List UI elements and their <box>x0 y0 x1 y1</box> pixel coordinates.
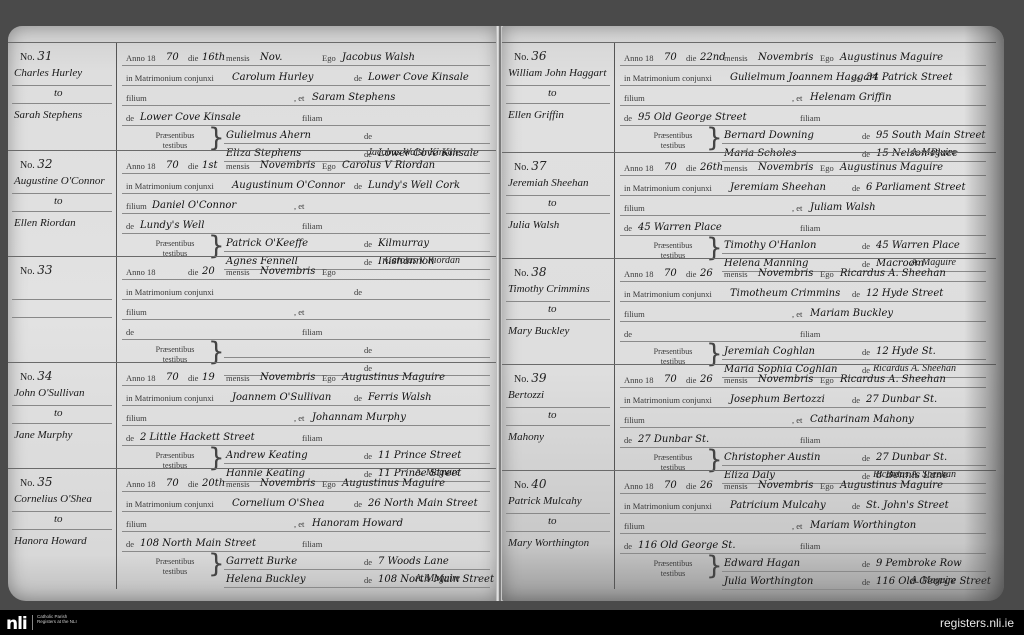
groom-row: in Matrimonium conjunxi Timotheum Crimmi… <box>620 283 986 302</box>
witnesses-label: Præsentibustestibus <box>638 131 708 151</box>
parent-row: filium Daniel O'Connor , et <box>122 195 490 214</box>
date-row: Anno 18 70 die 20th mensis Novembris Ego… <box>122 473 490 492</box>
bride-row: de 2 Little Hackett Street filiam <box>122 427 490 446</box>
margin-bride-name: Julia Walsh <box>508 219 559 231</box>
margin-rule <box>506 103 610 104</box>
record-body: Anno 18 70 die 16th mensis Nov. Ego Jaco… <box>120 43 490 151</box>
marriage-record: No. 33 Anno 18 die 20 mensis Novembris E… <box>8 256 498 363</box>
record-body: Anno 18 70 die 26 mensis Novembris Ego R… <box>618 365 986 471</box>
record-body: Anno 18 die 20 mensis Novembris Ego in M… <box>120 257 490 363</box>
groom-row: in Matrimonium conjunxi Josephum Bertozz… <box>620 389 986 408</box>
parent-row: filium , et Juliam Walsh <box>620 197 986 216</box>
record-body: Anno 18 70 die 1st mensis Novembris Ego … <box>120 151 490 257</box>
record-margin: No. 39 Bertozzi to Mahony <box>502 365 615 471</box>
date-row: Anno 18 70 die 26 mensis Novembris Ego R… <box>620 263 986 282</box>
groom-row: in Matrimonium conjunxi Patricium Mulcah… <box>620 495 986 514</box>
bride-row: de 95 Old George Street filiam <box>620 107 986 126</box>
marriage-record: No. 36 William John Haggart to Ellen Gri… <box>502 42 996 153</box>
groom-row: in Matrimonium conjunxi Cornelium O'Shea… <box>122 493 490 512</box>
marriage-record: No. 32 Augustine O'Connor to Ellen Riord… <box>8 150 498 257</box>
logo-caption: Catholic Parish Registers at the NLI <box>37 614 77 624</box>
margin-to: to <box>548 303 557 315</box>
margin-rule <box>506 407 610 408</box>
brace-icon: } <box>208 123 225 153</box>
margin-rule <box>12 423 112 424</box>
margin-rule <box>506 85 610 86</box>
register-book: No. 31 Charles Hurley to Sarah Stephens … <box>8 26 1008 606</box>
witnesses-label: Præsentibustestibus <box>140 131 210 151</box>
margin-groom-name: Timothy Crimmins <box>508 283 590 295</box>
record-number: No. 32 <box>20 157 53 171</box>
date-row: Anno 18 70 die 1st mensis Novembris Ego … <box>122 155 490 174</box>
margin-bride-name: Mary Worthington <box>508 537 589 549</box>
marriage-record: No. 34 John O'Sullivan to Jane Murphy An… <box>8 362 498 469</box>
groom-row: in Matrimonium conjunxi Joannem O'Sulliv… <box>122 387 490 406</box>
witness-row: de <box>224 339 490 358</box>
record-margin: No. 40 Patrick Mulcahy to Mary Worthingt… <box>502 471 615 589</box>
bride-row: de Lundy's Well filiam <box>122 215 490 234</box>
witness-row: Christopher Austin de 27 Dunbar St. <box>722 447 986 466</box>
record-number: No. 33 <box>20 263 53 277</box>
record-body: Anno 18 70 die 19 mensis Novembris Ego A… <box>120 363 490 469</box>
witness-row: Bernard Downing de 95 South Main Street <box>722 125 986 144</box>
marriage-record: No. 35 Cornelius O'Shea to Hanora Howard… <box>8 468 498 589</box>
brace-icon: } <box>706 551 723 581</box>
margin-to: to <box>54 407 63 419</box>
margin-rule <box>506 531 610 532</box>
record-number: No. 34 <box>20 369 53 383</box>
record-number: No. 40 <box>514 477 547 491</box>
record-margin: No. 38 Timothy Crimmins to Mary Buckley <box>502 259 615 365</box>
marriage-record: No. 31 Charles Hurley to Sarah Stephens … <box>8 42 498 151</box>
date-row: Anno 18 70 die 26th mensis Novembris Ego… <box>620 157 986 176</box>
parent-row: filium , et Catharinam Mahony <box>620 409 986 428</box>
brace-icon: } <box>208 549 225 579</box>
margin-to: to <box>548 515 557 527</box>
margin-rule <box>506 319 610 320</box>
parent-row: filium , et Saram Stephens <box>122 87 490 106</box>
record-margin: No. 37 Jeremiah Sheehan to Julia Walsh <box>502 153 615 259</box>
brace-icon: } <box>706 123 723 153</box>
logo-divider <box>32 615 33 630</box>
witness-row: Gulielmus Ahern de <box>224 125 490 144</box>
date-row: Anno 18 70 die 19 mensis Novembris Ego A… <box>122 367 490 386</box>
margin-rule <box>12 529 112 530</box>
date-row: Anno 18 die 20 mensis Novembris Ego <box>122 261 490 280</box>
bride-row: de filiam <box>122 321 490 340</box>
margin-rule <box>506 301 610 302</box>
margin-groom-name: Augustine O'Connor <box>14 175 105 187</box>
priest-signature: A. Maguire <box>911 575 956 586</box>
record-number: No. 37 <box>514 159 547 173</box>
record-number: No. 35 <box>20 475 53 489</box>
record-margin: No. 34 John O'Sullivan to Jane Murphy <box>8 363 117 469</box>
margin-rule <box>12 511 112 512</box>
record-margin: No. 35 Cornelius O'Shea to Hanora Howard <box>8 469 117 589</box>
margin-to: to <box>548 409 557 421</box>
bride-row: de 108 North Main Street filiam <box>122 533 490 552</box>
record-margin: No. 32 Augustine O'Connor to Ellen Riord… <box>8 151 117 257</box>
witnesses-label: Præsentibustestibus <box>638 559 708 579</box>
margin-to: to <box>548 197 557 209</box>
margin-bride-name: Sarah Stephens <box>14 109 82 121</box>
bride-row: de Lower Cove Kinsale filiam <box>122 107 490 126</box>
margin-bride-name: Mary Buckley <box>508 325 569 337</box>
nli-logo[interactable]: nli <box>6 614 27 634</box>
parent-row: filium , et <box>122 301 490 320</box>
marriage-record: No. 40 Patrick Mulcahy to Mary Worthingt… <box>502 470 996 589</box>
footer-bar: nli Catholic Parish Registers at the NLI… <box>0 610 1024 635</box>
margin-to: to <box>54 513 63 525</box>
record-number: No. 36 <box>514 49 547 63</box>
margin-groom-name: Patrick Mulcahy <box>508 495 582 507</box>
record-margin: No. 33 <box>8 257 117 363</box>
margin-rule <box>506 213 610 214</box>
margin-to: to <box>548 87 557 99</box>
marriage-record: No. 38 Timothy Crimmins to Mary Buckley … <box>502 258 996 365</box>
witness-row: Patrick O'Keeffe de Kilmurray <box>224 233 490 252</box>
site-link[interactable]: registers.nli.ie <box>940 616 1014 630</box>
margin-groom-name: William John Haggart <box>508 67 606 79</box>
margin-rule <box>506 513 610 514</box>
witness-row: Jeremiah Coghlan de 12 Hyde St. <box>722 341 986 360</box>
parent-row: filium , et Mariam Buckley <box>620 303 986 322</box>
record-body: Anno 18 70 die 20th mensis Novembris Ego… <box>120 469 490 589</box>
bride-row: de 27 Dunbar St. filiam <box>620 429 986 448</box>
margin-groom-name: Charles Hurley <box>14 67 82 79</box>
margin-bride-name: Hanora Howard <box>14 535 87 547</box>
record-margin: No. 31 Charles Hurley to Sarah Stephens <box>8 43 117 151</box>
parent-row: filium , et Mariam Worthington <box>620 515 986 534</box>
margin-bride-name: Jane Murphy <box>14 429 72 441</box>
margin-bride-name: Ellen Riordan <box>14 217 76 229</box>
margin-rule <box>12 405 112 406</box>
record-number: No. 31 <box>20 49 53 63</box>
margin-rule <box>12 211 112 212</box>
margin-groom-name: Cornelius O'Shea <box>14 493 92 505</box>
parent-row: filium , et Johannam Murphy <box>122 407 490 426</box>
margin-rule <box>12 299 112 300</box>
witness-row: Edward Hagan de 9 Pembroke Row <box>722 553 986 572</box>
groom-row: in Matrimonium conjunxi Augustinum O'Con… <box>122 175 490 194</box>
bride-row: de 116 Old George St. filiam <box>620 535 986 554</box>
left-page: No. 31 Charles Hurley to Sarah Stephens … <box>8 26 498 601</box>
margin-groom-name: Jeremiah Sheehan <box>508 177 589 189</box>
groom-row: in Matrimonium conjunxi Gulielmum Joanne… <box>620 67 986 86</box>
marriage-record: No. 39 Bertozzi to Mahony Anno 18 70 die… <box>502 364 996 471</box>
margin-rule <box>12 85 112 86</box>
margin-bride-name: Mahony <box>508 431 544 443</box>
parent-row: filium , et Helenam Griffin <box>620 87 986 106</box>
margin-rule <box>12 317 112 318</box>
right-page: No. 36 William John Haggart to Ellen Gri… <box>502 26 1004 601</box>
date-row: Anno 18 70 die 26 mensis Novembris Ego R… <box>620 369 986 388</box>
margin-bride-name: Ellen Griffin <box>508 109 564 121</box>
priest-signature: A. Maguire <box>415 573 460 584</box>
margin-rule <box>506 195 610 196</box>
groom-row: in Matrimonium conjunxi Carolum Hurley d… <box>122 67 490 86</box>
bride-row: de 45 Warren Place filiam <box>620 217 986 236</box>
record-number: No. 38 <box>514 265 547 279</box>
parent-row: filium , et Hanoram Howard <box>122 513 490 532</box>
bride-row: de filiam <box>620 323 986 342</box>
groom-row: in Matrimonium conjunxi de <box>122 281 490 300</box>
margin-rule <box>12 103 112 104</box>
marriage-record: No. 37 Jeremiah Sheehan to Julia Walsh A… <box>502 152 996 259</box>
record-body: Anno 18 70 die 22nd mensis Novembris Ego… <box>618 43 986 153</box>
margin-to: to <box>54 195 63 207</box>
witness-row: Timothy O'Hanlon de 45 Warren Place <box>722 235 986 254</box>
margin-groom-name: Bertozzi <box>508 389 544 401</box>
record-body: Anno 18 70 die 26th mensis Novembris Ego… <box>618 153 986 259</box>
record-number: No. 39 <box>514 371 547 385</box>
groom-row: in Matrimonium conjunxi Jeremiam Sheehan… <box>620 177 986 196</box>
date-row: Anno 18 70 die 26 mensis Novembris Ego A… <box>620 475 986 494</box>
witnesses-label: Præsentibustestibus <box>140 557 210 577</box>
margin-rule <box>506 425 610 426</box>
witness-row: Andrew Keating de 11 Prince Street <box>224 445 490 464</box>
margin-groom-name: John O'Sullivan <box>14 387 84 399</box>
record-body: Anno 18 70 die 26 mensis Novembris Ego A… <box>618 471 986 589</box>
margin-to: to <box>54 87 63 99</box>
record-margin: No. 36 William John Haggart to Ellen Gri… <box>502 43 615 153</box>
date-row: Anno 18 70 die 16th mensis Nov. Ego Jaco… <box>122 47 490 66</box>
record-body: Anno 18 70 die 26 mensis Novembris Ego R… <box>618 259 986 365</box>
witness-row: Garrett Burke de 7 Woods Lane <box>224 551 490 570</box>
date-row: Anno 18 70 die 22nd mensis Novembris Ego… <box>620 47 986 66</box>
margin-rule <box>12 193 112 194</box>
